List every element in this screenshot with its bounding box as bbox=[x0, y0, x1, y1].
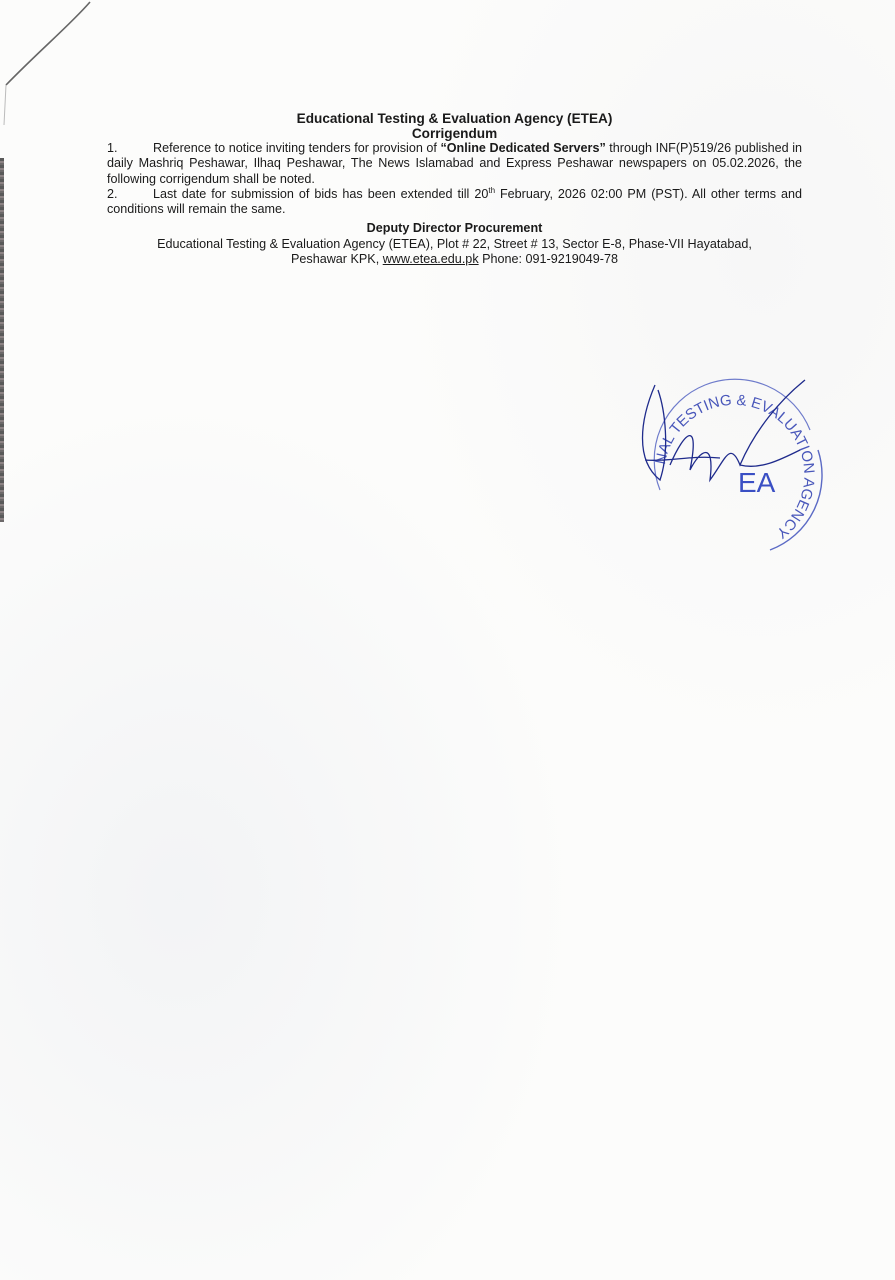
item-number: 2. bbox=[107, 187, 153, 202]
scan-edge-shadow bbox=[0, 158, 4, 522]
website-link[interactable]: www.etea.edu.pk bbox=[383, 252, 479, 266]
svg-text:NAL TESTING & EVALUATION AGENC: NAL TESTING & EVALUATION AGENCY bbox=[652, 392, 817, 542]
notice-item-2: 2.Last date for submission of bids has b… bbox=[107, 187, 802, 218]
notice-title: Corrigendum bbox=[107, 126, 802, 141]
stamp-ring-text: NAL TESTING & EVALUATION AGENCY bbox=[652, 392, 817, 542]
paper-fold-line bbox=[0, 0, 100, 130]
tender-name: “Online Dedicated Servers” bbox=[440, 141, 605, 155]
official-stamp-signature: NAL TESTING & EVALUATION AGENCY EA bbox=[630, 370, 840, 565]
stamp-center-text: EA bbox=[738, 467, 776, 498]
notice-item-1: 1.Reference to notice inviting tenders f… bbox=[107, 141, 802, 187]
address-line-2: Peshawar KPK, www.etea.edu.pk Phone: 091… bbox=[107, 252, 802, 267]
corrigendum-notice: Educational Testing & Evaluation Agency … bbox=[107, 111, 802, 267]
signatory-title: Deputy Director Procurement bbox=[107, 221, 802, 236]
phone-number: Phone: 091-9219049-78 bbox=[479, 252, 618, 266]
agency-heading: Educational Testing & Evaluation Agency … bbox=[107, 111, 802, 126]
address-line-1: Educational Testing & Evaluation Agency … bbox=[107, 237, 802, 252]
item-number: 1. bbox=[107, 141, 153, 156]
